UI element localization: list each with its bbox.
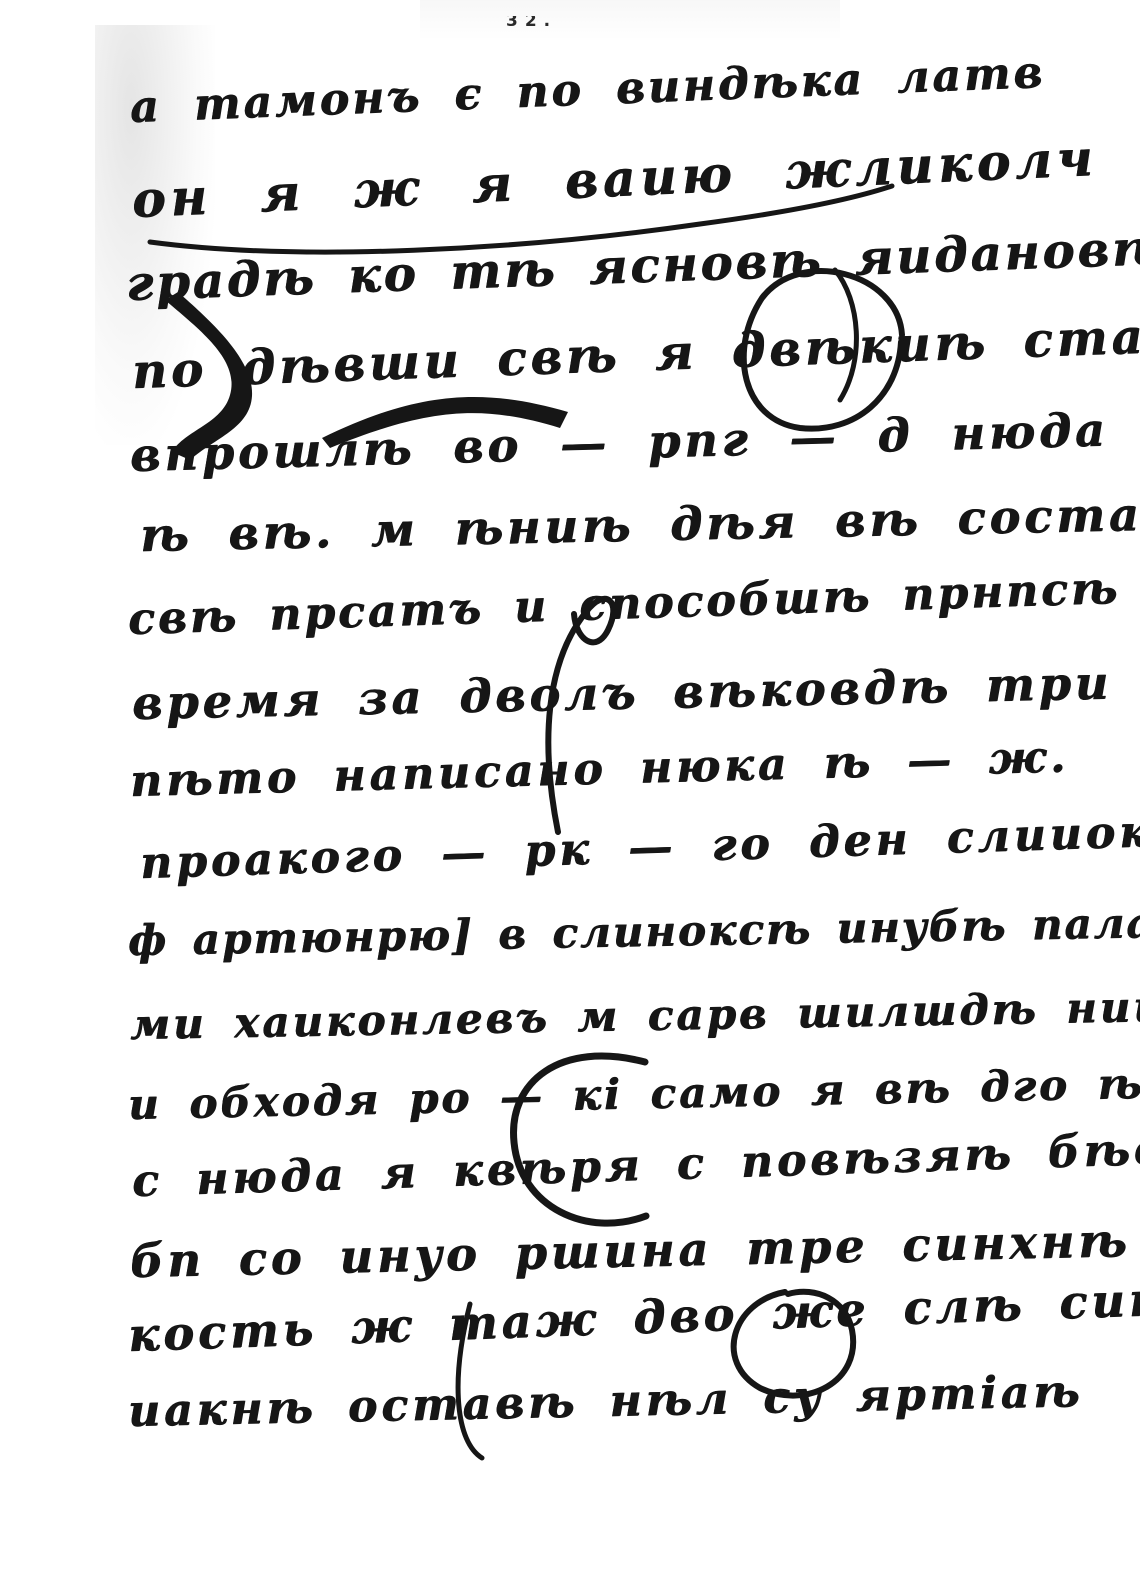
handwritten-line-1: а тамонъ є по виндѣка латв <box>129 47 1046 133</box>
handwritten-line-13: и обходя ро — кі само я вѣ дго ѣзоро <box>127 1056 1140 1129</box>
handwritten-line-9: пѣто написано нюка ѣ — ж. <box>129 731 1069 807</box>
handwritten-line-5: впрошлѣ во — рпг — д нюда <box>129 402 1109 482</box>
page-number: 32. <box>506 16 557 34</box>
manuscript-scan: 32. а тамонъ є по виндѣка латв он я ж я … <box>0 0 1140 1594</box>
page-top-shadow <box>420 0 840 40</box>
handwritten-line-7: свѣ прсатъ и способшѣ прнпсѣ <box>127 563 1120 645</box>
handwritten-line-14: с нюда я квѣря с повѣзяѣ бѣс ч· <box>131 1121 1140 1207</box>
handwritten-line-15: бп со инуо ршина тре синхнѣ <box>129 1213 1130 1288</box>
handwritten-line-4: по дѣвши свѣ я двѣкиѣ статѣ <box>131 305 1140 400</box>
page-number-text: 32. <box>506 16 557 31</box>
handwritten-line-10: проакого — рк — го ден слииокаѣ <box>139 804 1140 889</box>
handwritten-line-2: он я ж я ваию жликолч <box>131 128 1099 229</box>
handwritten-line-8: время за дволъ вѣковдѣ три <box>131 655 1112 730</box>
handwritten-line-12: ми хаиконлевъ м сарв шилшдѣ ница <box>130 981 1140 1049</box>
handwritten-line-3: градѣ ко тѣ ясновѣ яидановѣ <box>125 220 1140 312</box>
handwritten-line-11: ф артюнрю] в слиноксѣ инубѣ палацѣю <box>128 896 1140 965</box>
handwritten-line-17: иакнѣ оставѣ нѣл су яртіаѣ <box>127 1366 1083 1437</box>
handwritten-line-6: ѣ вѣ. м ѣниѣ дѣя вѣ состаѣ <box>139 486 1140 562</box>
